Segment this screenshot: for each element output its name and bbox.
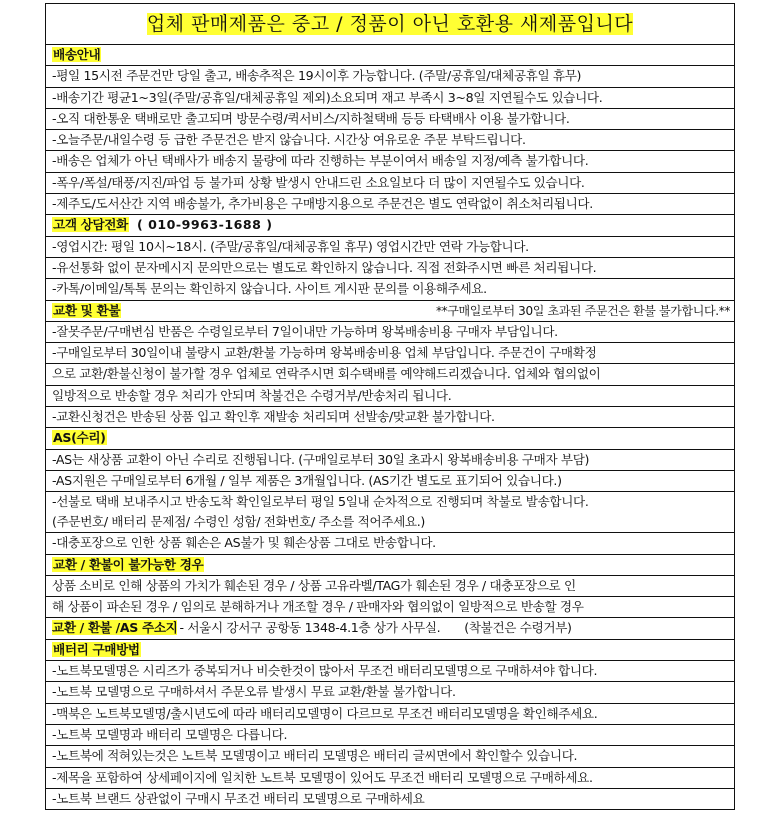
- address-value: - 서울시 강서구 공항동 1348-4.1층 상가 사무실.: [179, 620, 440, 635]
- section-header-shipping: 배송안내: [46, 44, 734, 65]
- not-allowed-line: 상품 소비로 인해 상품의 가치가 훼손된 경우 / 상품 고유라벨/TAG가 …: [46, 575, 734, 596]
- shipping-header-label: 배송안내: [52, 47, 101, 62]
- battery-line: -노트북모델명은 시리즈가 중복되거나 비슷한것이 많아서 무조건 배터리모델명…: [46, 660, 734, 681]
- shipping-line: -배송은 업체가 아닌 택배사가 배송지 물량에 따라 진행하는 부분이여서 배…: [46, 150, 734, 171]
- exchange-header-label: 교환 및 환불: [52, 303, 121, 318]
- battery-line: -노트북 모델명과 배터리 모델명은 다릅니다.: [46, 724, 734, 745]
- as-multiline: -선불로 택배 보내주시고 반송도착 확인일로부터 평일 5일내 순차적으로 진…: [46, 491, 734, 532]
- address-header-label: 교환 / 환불 /AS 주소지: [52, 620, 177, 635]
- as-line: -대충포장으로 인한 상품 훼손은 AS불가 및 훼손상품 그대로 반송합니다.: [46, 532, 734, 553]
- exchange-line: -구매일로부터 30일이내 불량시 교환/환불 가능하며 왕복배송비용 업체 부…: [46, 342, 734, 363]
- shipping-line: -오늘주문/내일수령 등 급한 주문건은 받지 않습니다. 시간상 여유로운 주…: [46, 129, 734, 150]
- exchange-line: 일방적으로 반송할 경우 처리가 안되며 착불건은 수령거부/반송처리 됩니다.: [46, 385, 734, 406]
- contact-line: -영업시간: 평일 10시~18시. (주말/공휴일/대체공휴일 휴무) 영업시…: [46, 236, 734, 257]
- battery-line: -노트북에 적혀있는것은 노트북 모델명이고 배터리 모델명은 배터리 글씨면에…: [46, 745, 734, 766]
- section-header-not-allowed: 교환 / 환불이 불가능한 경우: [46, 554, 734, 575]
- section-header-exchange: 교환 및 환불 **구매일로부터 30일 초과된 주문건은 환불 불가합니다.*…: [46, 300, 734, 321]
- section-header-as: AS(수리): [46, 427, 734, 448]
- shipping-line: -폭우/폭설/태풍/지진/파업 등 불가피 상황 발생시 안내드린 소요일보다 …: [46, 172, 734, 193]
- as-multiline-line2: (주문번호/ 배터리 문제점/ 수령인 성함/ 전화번호/ 주소를 적어주세요.…: [52, 512, 734, 532]
- shipping-line: -제주도/도서산간 지역 배송불가, 추가비용은 구매방지용으로 주문건은 별도…: [46, 193, 734, 214]
- as-header-label: AS(수리): [52, 430, 107, 445]
- as-line: -AS지원은 구매일로부터 6개월 / 일부 제품은 3개월입니다. (AS기간…: [46, 470, 734, 491]
- contact-line: -유선통화 없이 문자메시지 문의만으로는 별도로 확인하지 않습니다. 직접 …: [46, 257, 734, 278]
- not-allowed-header-label: 교환 / 환불이 불가능한 경우: [52, 557, 204, 572]
- shipping-line: -오직 대한통운 택배로만 출고되며 방문수령/퀵서비스/지하철택배 등등 타택…: [46, 108, 734, 129]
- contact-header-label: 고객 상담전화: [52, 217, 129, 232]
- battery-line: -맥북은 노트북모델명/출시년도에 따라 배터리모델명이 다르므로 무조건 배터…: [46, 703, 734, 724]
- address-note: (착불건은 수령거부): [464, 620, 571, 635]
- exchange-refund-note: **구매일로부터 30일 초과된 주문건은 환불 불가합니다.**: [436, 301, 734, 321]
- title-row: 업체 판매제품은 중고 / 정품이 아닌 호환용 새제품입니다: [46, 4, 734, 44]
- as-line: -AS는 새상품 교환이 아닌 수리로 진행됩니다. (구매일로부터 30일 초…: [46, 449, 734, 470]
- contact-phone: ( 010-9963-1688 ): [137, 217, 273, 232]
- exchange-line: 으로 교환/환불신청이 불가할 경우 업체로 연락주시면 회수택배를 예약해드리…: [46, 363, 734, 384]
- notice-table: 업체 판매제품은 중고 / 정품이 아닌 호환용 새제품입니다 배송안내 -평일…: [45, 3, 735, 810]
- exchange-line: -잘못주문/구매변심 반품은 수령일로부터 7일이내만 가능하며 왕복배송비용 …: [46, 321, 734, 342]
- exchange-line: -교환신청건은 반송된 상품 입고 확인후 재발송 처리되며 선발송/맞교환 불…: [46, 406, 734, 427]
- as-multiline-line1: -선불로 택배 보내주시고 반송도착 확인일로부터 평일 5일내 순차적으로 진…: [52, 492, 734, 512]
- shipping-line: -배송기간 평균1~3일(주말/공휴일/대체공휴일 제외)소요되며 재고 부족시…: [46, 87, 734, 108]
- battery-header-label: 배터리 구매방법: [52, 642, 141, 657]
- section-header-contact: 고객 상담전화( 010-9963-1688 ): [46, 214, 734, 235]
- battery-line: -노트북 브랜드 상관없이 구매시 무조건 배터리 모델명으로 구매하세요: [46, 788, 734, 809]
- battery-line: -노트북 모델명으로 구매하셔서 주문오류 발생시 무료 교환/환불 불가합니다…: [46, 681, 734, 702]
- contact-line: -카톡/이메일/톡톡 문의는 확인하지 않습니다. 사이트 게시판 문의를 이용…: [46, 278, 734, 299]
- section-header-battery: 배터리 구매방법: [46, 639, 734, 660]
- battery-line: -제목을 포함하여 상세페이지에 일치한 노트북 모델명이 있어도 무조건 배터…: [46, 767, 734, 788]
- page-title: 업체 판매제품은 중고 / 정품이 아닌 호환용 새제품입니다: [147, 13, 633, 35]
- address-row: 교환 / 환불 /AS 주소지- 서울시 강서구 공항동 1348-4.1층 상…: [46, 617, 734, 638]
- shipping-line: -평일 15시전 주문건만 당일 출고, 배송추적은 19시이후 가능합니다. …: [46, 65, 734, 86]
- not-allowed-line: 해 상품이 파손된 경우 / 임의로 분해하거나 개조할 경우 / 판매자와 협…: [46, 596, 734, 617]
